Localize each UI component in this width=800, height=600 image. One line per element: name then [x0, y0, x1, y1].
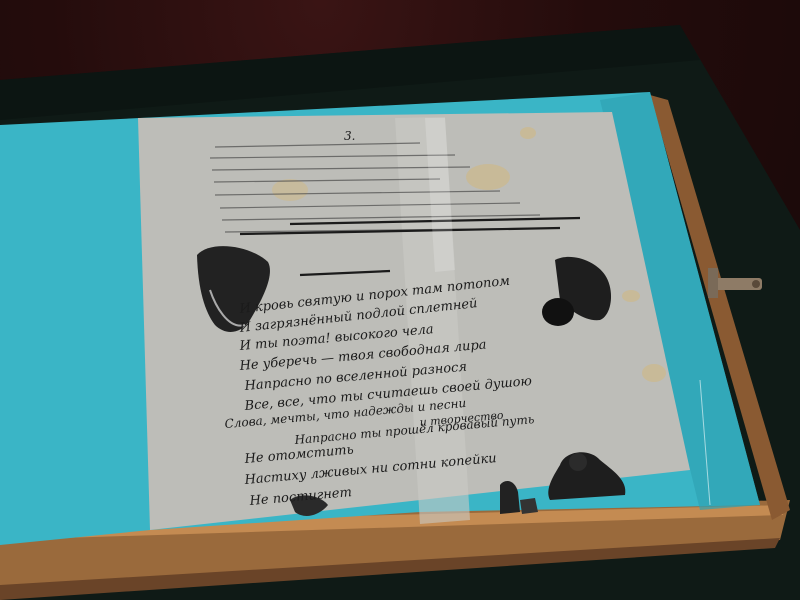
page-mark: 3. — [344, 129, 355, 143]
display-case-scene: 3. И кровь святую и порох там потопом И … — [0, 0, 800, 600]
